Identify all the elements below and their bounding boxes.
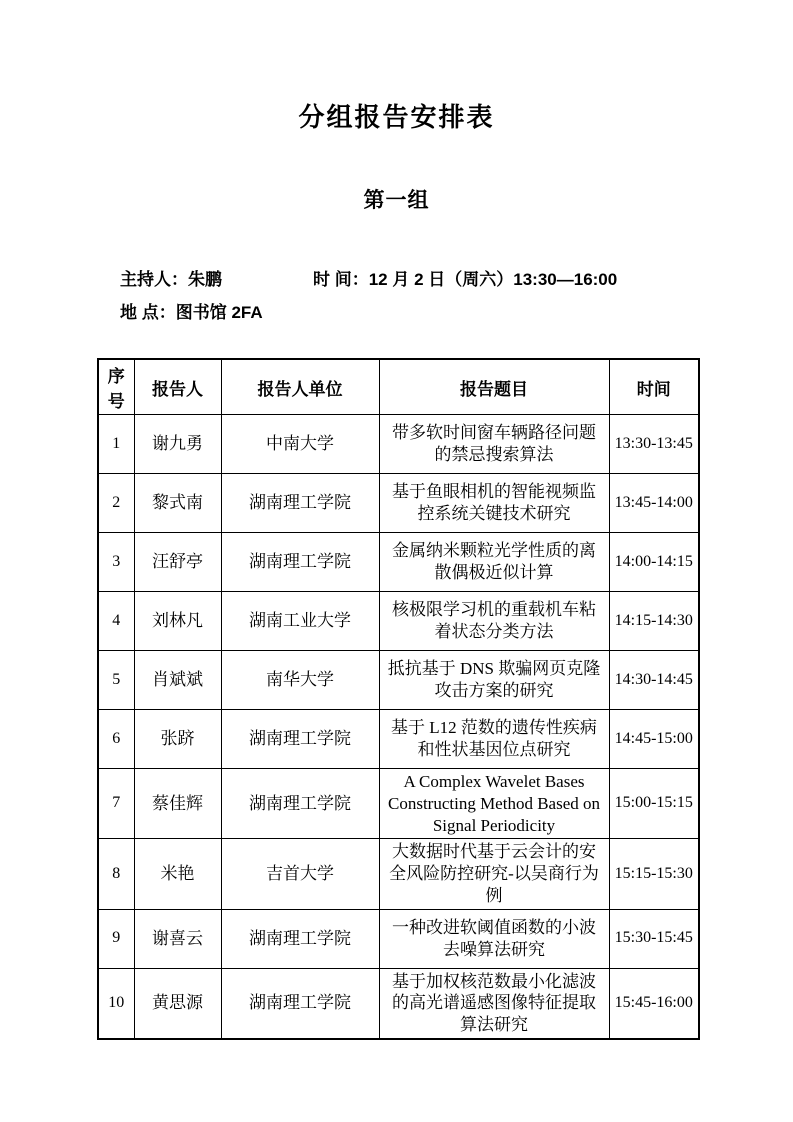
cell-affiliation: 湖南理工学院 (221, 909, 379, 968)
table-row: 8米艳吉首大学大数据时代基于云会计的安全风险防控研究-以吴商行为例15:15-1… (98, 839, 699, 909)
table-body: 1谢九勇中南大学带多软时间窗车辆路径问题的禁忌搜索算法13:30-13:452黎… (98, 415, 699, 1039)
cell-title: A Complex Wavelet Bases Constructing Met… (379, 769, 609, 839)
table-row: 3汪舒亭湖南理工学院金属纳米颗粒光学性质的离散偶极近似计算14:00-14:15 (98, 533, 699, 592)
cell-time: 14:30-14:45 (609, 651, 699, 710)
column-header-speaker: 报告人 (134, 359, 221, 415)
table-row: 2黎式南湖南理工学院基于鱼眼相机的智能视频监控系统关键技术研究13:45-14:… (98, 474, 699, 533)
page-title: 分组报告安排表 (0, 97, 793, 134)
cell-affiliation: 湖南理工学院 (221, 769, 379, 839)
table-row: 10黄思源湖南理工学院基于加权核范数最小化滤波的高光谱遥感图像特征提取算法研究1… (98, 968, 699, 1039)
cell-affiliation: 湖南理工学院 (221, 533, 379, 592)
cell-speaker: 米艳 (134, 839, 221, 909)
table-row: 5肖斌斌南华大学抵抗基于 DNS 欺骗网页克隆攻击方案的研究14:30-14:4… (98, 651, 699, 710)
cell-no: 4 (98, 592, 134, 651)
column-header-time: 时间 (609, 359, 699, 415)
cell-title: 一种改进软阈值函数的小波去噪算法研究 (379, 909, 609, 968)
cell-title: 带多软时间窗车辆路径问题的禁忌搜索算法 (379, 415, 609, 474)
cell-no: 5 (98, 651, 134, 710)
cell-affiliation: 湖南理工学院 (221, 710, 379, 769)
cell-title: 基于 L12 范数的遗传性疾病和性状基因位点研究 (379, 710, 609, 769)
cell-affiliation: 湖南工业大学 (221, 592, 379, 651)
cell-speaker: 谢喜云 (134, 909, 221, 968)
column-header-title: 报告题目 (379, 359, 609, 415)
cell-time: 13:30-13:45 (609, 415, 699, 474)
cell-title: 抵抗基于 DNS 欺骗网页克隆攻击方案的研究 (379, 651, 609, 710)
cell-speaker: 黄思源 (134, 968, 221, 1039)
cell-no: 1 (98, 415, 134, 474)
table-row: 1谢九勇中南大学带多软时间窗车辆路径问题的禁忌搜索算法13:30-13:45 (98, 415, 699, 474)
cell-affiliation: 湖南理工学院 (221, 474, 379, 533)
cell-title: 基于加权核范数最小化滤波的高光谱遥感图像特征提取算法研究 (379, 968, 609, 1039)
column-header-affiliation: 报告人单位 (221, 359, 379, 415)
cell-time: 15:00-15:15 (609, 769, 699, 839)
cell-speaker: 刘林凡 (134, 592, 221, 651)
group-title: 第一组 (0, 184, 793, 214)
cell-speaker: 张跻 (134, 710, 221, 769)
cell-title: 核极限学习机的重载机车粘着状态分类方法 (379, 592, 609, 651)
cell-speaker: 汪舒亭 (134, 533, 221, 592)
table-row: 4刘林凡湖南工业大学核极限学习机的重载机车粘着状态分类方法14:15-14:30 (98, 592, 699, 651)
cell-title: 金属纳米颗粒光学性质的离散偶极近似计算 (379, 533, 609, 592)
cell-no: 10 (98, 968, 134, 1039)
table-header-row: 序号 报告人 报告人单位 报告题目 时间 (98, 359, 699, 415)
cell-no: 6 (98, 710, 134, 769)
cell-no: 9 (98, 909, 134, 968)
table-row: 9谢喜云湖南理工学院一种改进软阈值函数的小波去噪算法研究15:30-15:45 (98, 909, 699, 968)
cell-speaker: 肖斌斌 (134, 651, 221, 710)
cell-title: 基于鱼眼相机的智能视频监控系统关键技术研究 (379, 474, 609, 533)
cell-affiliation: 吉首大学 (221, 839, 379, 909)
cell-time: 15:30-15:45 (609, 909, 699, 968)
cell-speaker: 黎式南 (134, 474, 221, 533)
cell-no: 2 (98, 474, 134, 533)
info-line-1: 主持人：朱鹏时 间：12 月 2 日（周六）13:30—16:00 (120, 265, 617, 290)
cell-time: 13:45-14:00 (609, 474, 699, 533)
cell-title: 大数据时代基于云会计的安全风险防控研究-以吴商行为例 (379, 839, 609, 909)
cell-time: 14:00-14:15 (609, 533, 699, 592)
table-row: 6张跻湖南理工学院基于 L12 范数的遗传性疾病和性状基因位点研究14:45-1… (98, 710, 699, 769)
schedule-table: 序号 报告人 报告人单位 报告题目 时间 1谢九勇中南大学带多软时间窗车辆路径问… (97, 358, 700, 1040)
cell-affiliation: 湖南理工学院 (221, 968, 379, 1039)
table-row: 7蔡佳辉湖南理工学院A Complex Wavelet Bases Constr… (98, 769, 699, 839)
cell-no: 3 (98, 533, 134, 592)
cell-no: 8 (98, 839, 134, 909)
cell-time: 15:15-15:30 (609, 839, 699, 909)
document-page: 分组报告安排表 第一组 主持人：朱鹏时 间：12 月 2 日（周六）13:30—… (0, 0, 793, 1122)
cell-speaker: 谢九勇 (134, 415, 221, 474)
cell-no: 7 (98, 769, 134, 839)
cell-speaker: 蔡佳辉 (134, 769, 221, 839)
cell-affiliation: 南华大学 (221, 651, 379, 710)
location-info: 地 点：图书馆 2FA (120, 298, 263, 323)
cell-time: 14:15-14:30 (609, 592, 699, 651)
cell-affiliation: 中南大学 (221, 415, 379, 474)
cell-time: 15:45-16:00 (609, 968, 699, 1039)
cell-time: 14:45-15:00 (609, 710, 699, 769)
time-info: 时 间：12 月 2 日（周六）13:30—16:00 (313, 270, 617, 289)
host-info: 主持人：朱鹏 (120, 265, 313, 290)
column-header-no: 序号 (98, 359, 134, 415)
